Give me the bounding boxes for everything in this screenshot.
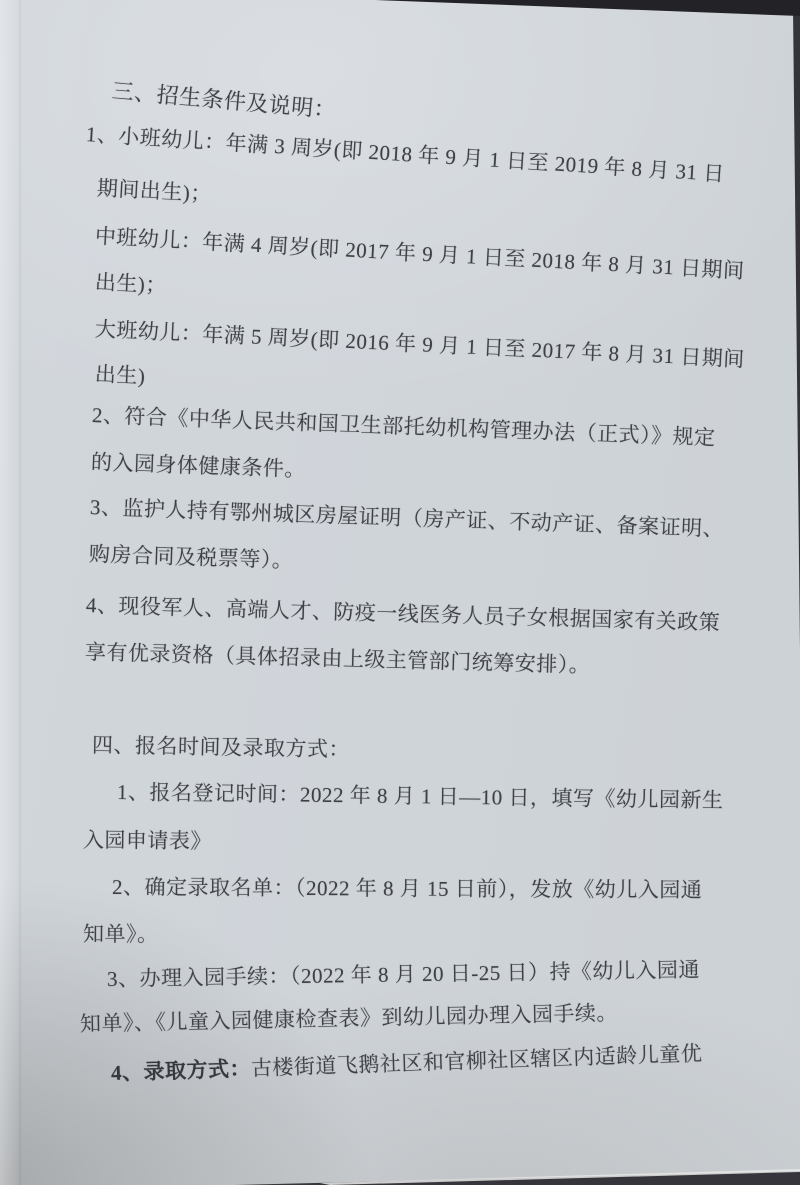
page-left-curl (0, 0, 20, 1185)
page-left-crease (19, 0, 22, 1185)
text-line: 期间出生)； (96, 172, 212, 208)
text-line: 知单》。 (83, 918, 159, 948)
text-line-bold-prefix: 4、录取方式： (111, 1056, 252, 1085)
text-line: 出生) (94, 358, 146, 390)
text-line: 入园申请表》 (83, 824, 212, 855)
section-4-heading: 四、报名时间及录取方式： (92, 729, 350, 763)
text-line: 出生)； (94, 266, 167, 299)
text-line: 购房合同及税票等）。 (89, 538, 294, 574)
text-line: 2、确定录取名单：（2022 年 8 月 15 日前），发放《幼儿入园通 (112, 871, 702, 904)
document-photo: 三、招生条件及说明： 1、小班幼儿：年满 3 周岁(即 2018 年 9 月 1… (0, 0, 800, 1185)
